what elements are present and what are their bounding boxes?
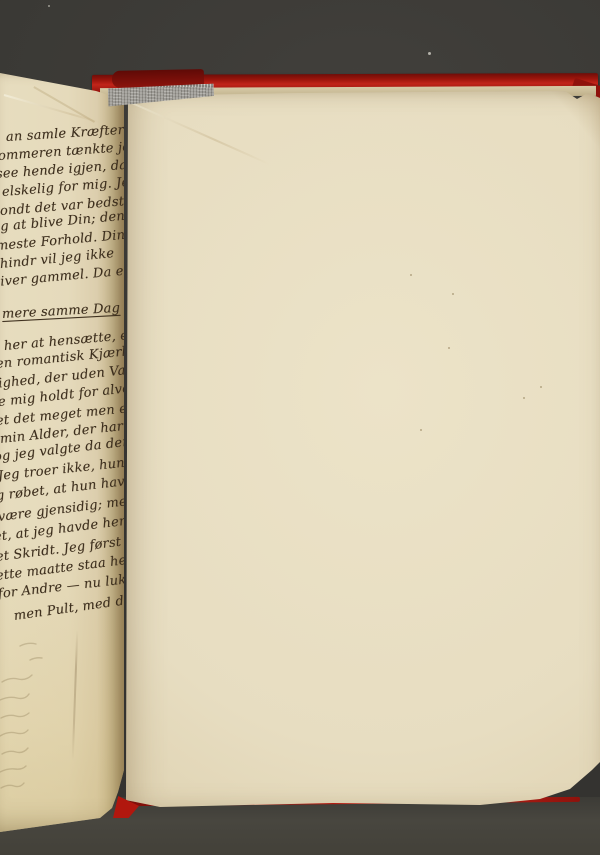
right-blank-page [118, 86, 600, 810]
page-speck [540, 386, 542, 388]
bleedthrough-marks [0, 630, 124, 830]
dust-speck [428, 52, 431, 55]
crease-line [132, 102, 270, 165]
page-speck [523, 397, 525, 399]
dust-speck [48, 5, 50, 7]
page-speck [410, 274, 412, 276]
page-corner-fold [548, 86, 600, 158]
manuscript-line: mere samme Dag [2, 300, 121, 324]
left-manuscript-page: an samle Kræfterommeren tænkte jegsee he… [0, 70, 124, 833]
page-speck [420, 429, 422, 431]
book-photo: an samle Kræfterommeren tænkte jegsee he… [0, 0, 600, 855]
page-speck [452, 293, 454, 295]
page-speck [448, 347, 450, 349]
